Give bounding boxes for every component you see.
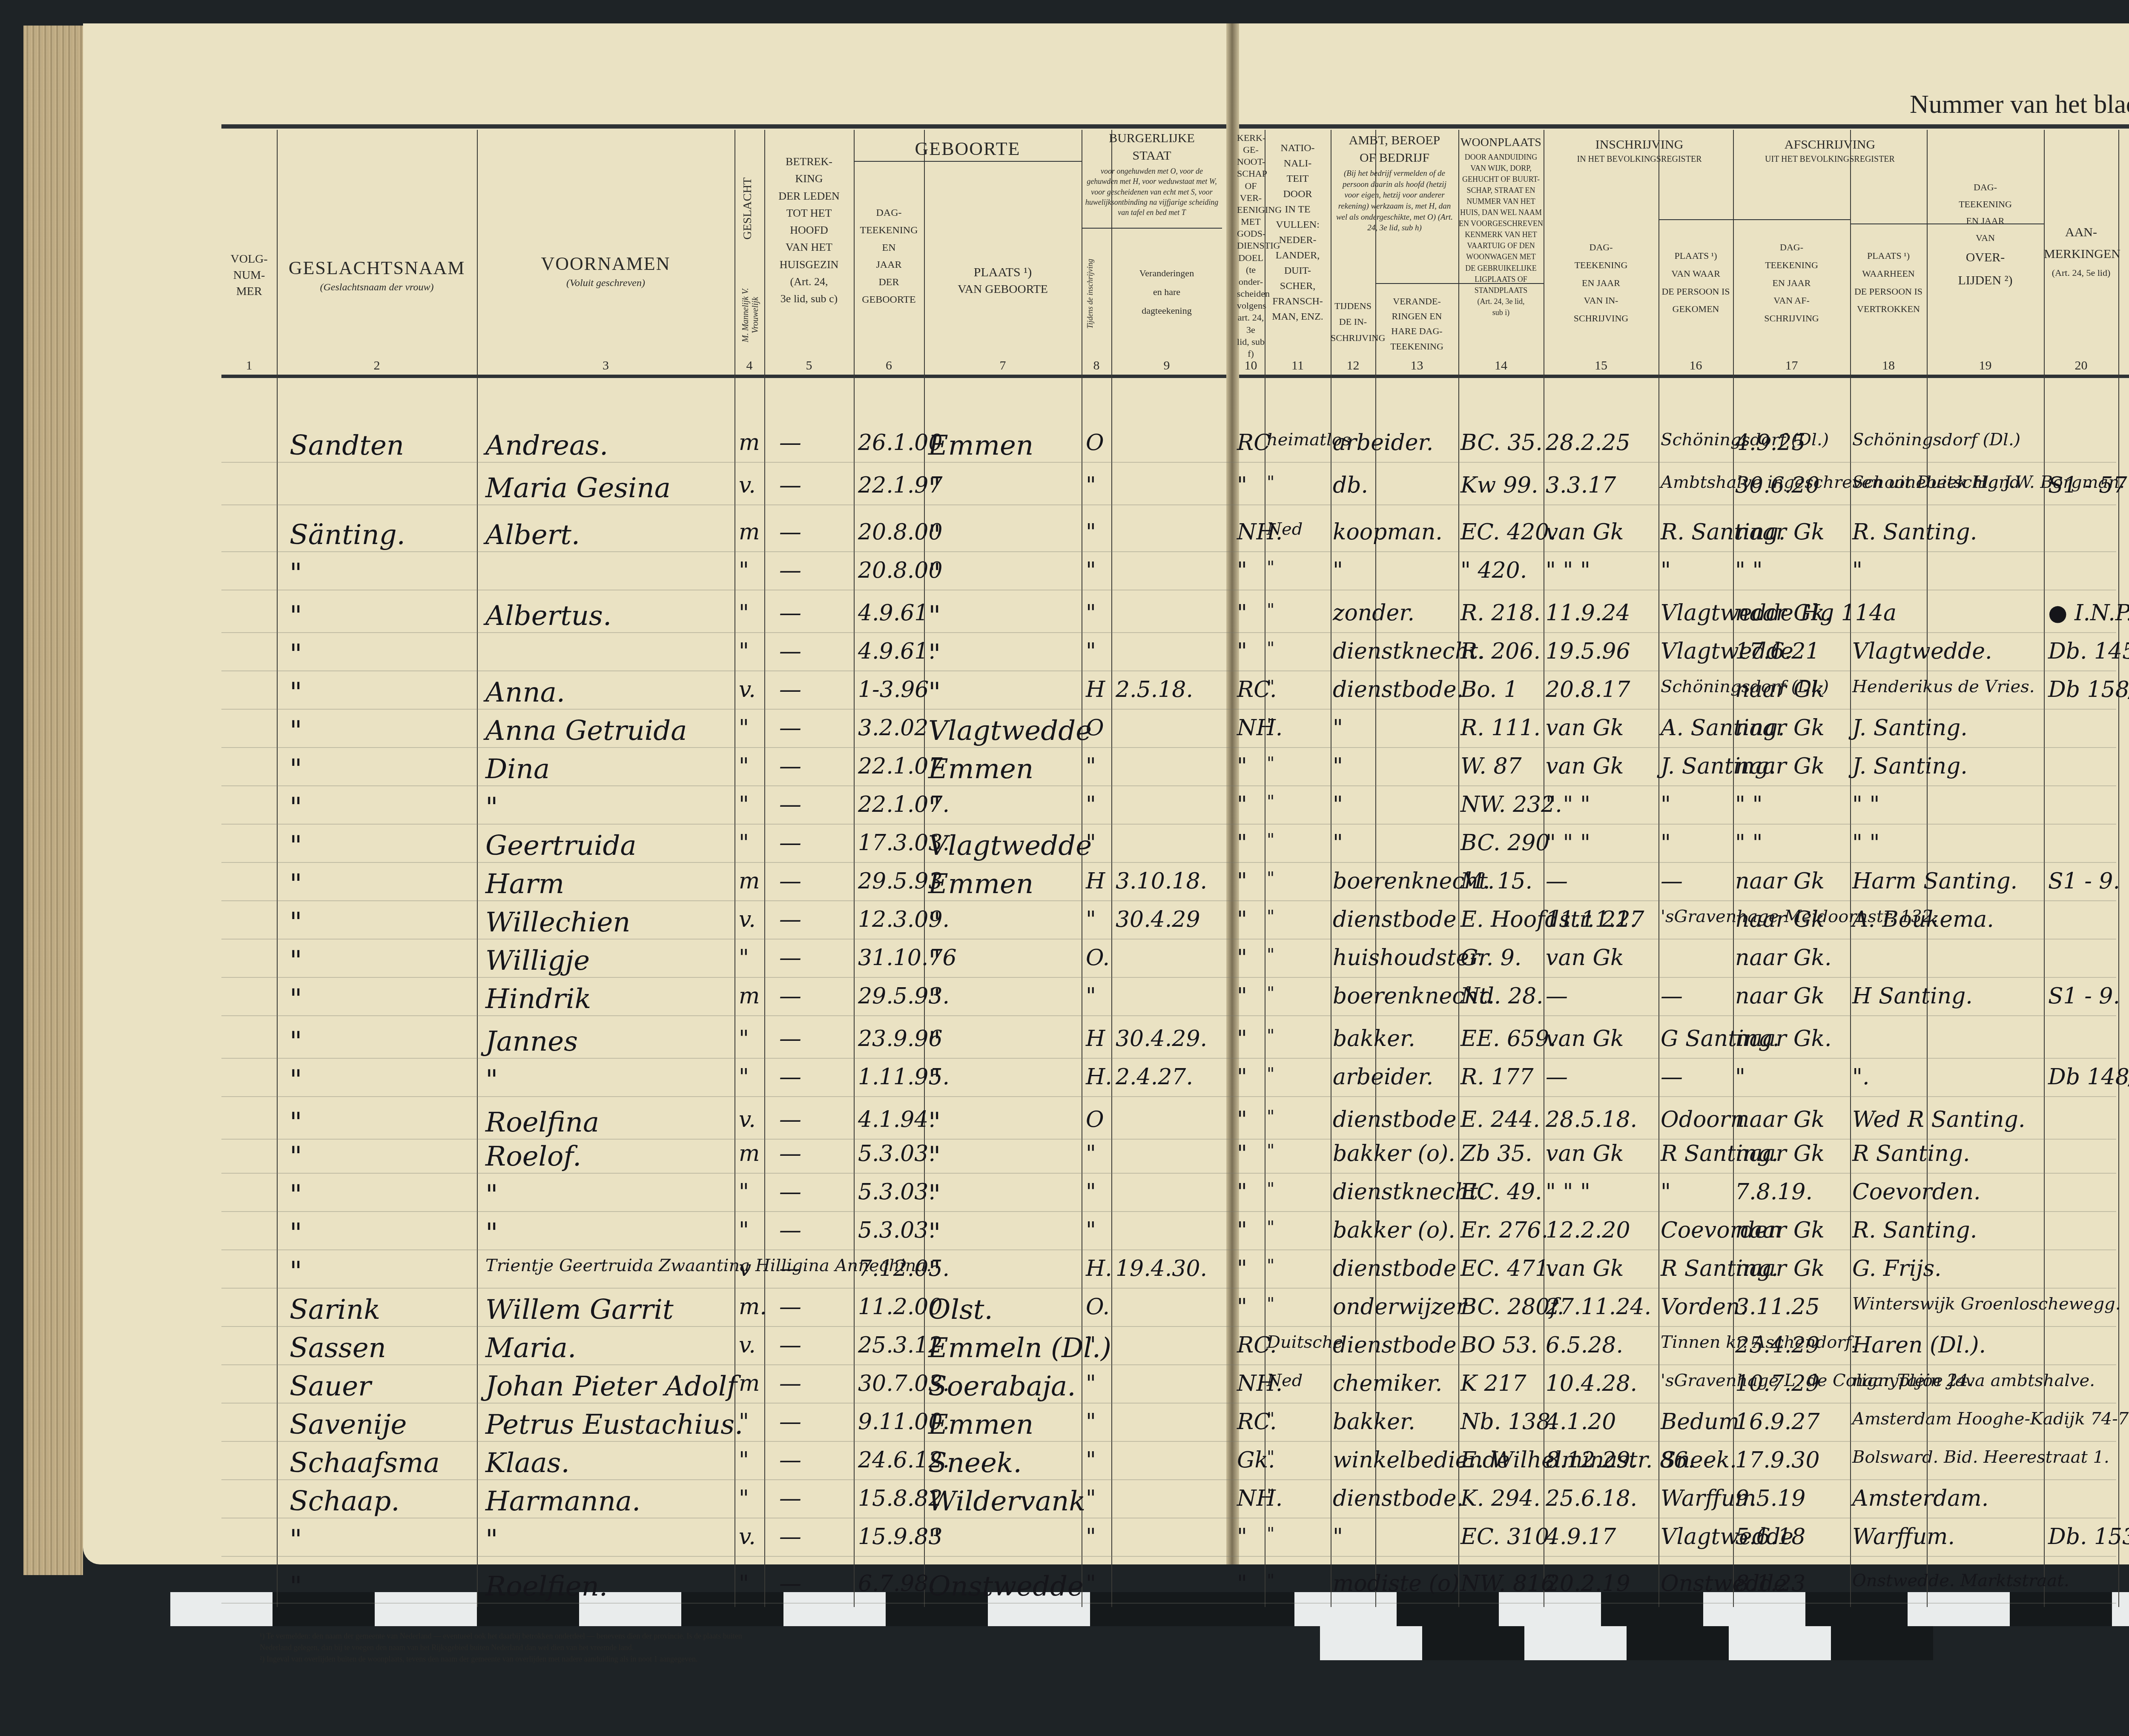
cell-occ: dienstbode bbox=[1333, 1107, 1456, 1132]
ruled-line bbox=[221, 504, 2116, 505]
cell-rel: — bbox=[779, 1026, 801, 1051]
cell-rel: — bbox=[779, 1141, 801, 1166]
header-col8: Tijdens de inschrijving bbox=[1086, 247, 1107, 341]
cell-nat: Ned bbox=[1267, 519, 1303, 539]
cell-out-to: Coevorden. bbox=[1852, 1179, 1981, 1205]
cell-given: Andreas. bbox=[485, 430, 608, 461]
header-col1: VOLG-NUM-MER bbox=[221, 251, 277, 299]
cell-in-from: — bbox=[1661, 1064, 1683, 1090]
cell-rel: — bbox=[779, 1524, 801, 1550]
cell-out-to: J. Santing. bbox=[1852, 715, 1968, 741]
cell-given: " bbox=[485, 792, 498, 823]
cell-birth-place: " bbox=[928, 558, 941, 589]
cell-civ: " bbox=[1086, 830, 1096, 856]
cell-in-from: — bbox=[1661, 868, 1683, 894]
ruled-line bbox=[221, 1173, 2116, 1174]
cell-civ-change: 3.10.18. bbox=[1116, 868, 1207, 894]
header-col7: PLAATS ¹)VAN GEBOORTE bbox=[924, 264, 1082, 297]
cell-birth-place: " bbox=[928, 1179, 941, 1211]
cell-given: Jannes bbox=[485, 1026, 578, 1057]
cell-sex: " bbox=[739, 1217, 749, 1243]
cell-out-date: " bbox=[1735, 1064, 1745, 1090]
cell-surname: " bbox=[290, 639, 302, 670]
cell-sex: " bbox=[739, 1179, 749, 1205]
cell-sex: " bbox=[739, 792, 749, 817]
cell-address: E. 244. bbox=[1460, 1107, 1540, 1132]
cell-rel: — bbox=[779, 1409, 801, 1435]
cell-address: W. 87 bbox=[1460, 753, 1522, 779]
cell-address: Nd. 28. bbox=[1460, 983, 1544, 1009]
footnotes: ¹) Te vermelden: den naam der gemeente v… bbox=[260, 1630, 762, 1665]
cell-given: Maria Gesina bbox=[485, 473, 671, 504]
ruled-line bbox=[221, 1288, 2116, 1289]
cell-address: R. 177 bbox=[1460, 1064, 1533, 1090]
cell-nat: " bbox=[1267, 558, 1274, 577]
cell-out-date: " " bbox=[1735, 558, 1762, 583]
cell-in-from: — bbox=[1661, 983, 1683, 1009]
column-divider bbox=[1331, 130, 1331, 1607]
cell-nat: " bbox=[1267, 1141, 1274, 1160]
cell-sex: v. bbox=[739, 1332, 756, 1358]
cell-surname: Savenije bbox=[290, 1409, 407, 1441]
cell-birth-date: 4.1.94. bbox=[858, 1107, 935, 1132]
column-number: 18 bbox=[1850, 358, 1927, 373]
column-number: 20 bbox=[2044, 358, 2118, 373]
cell-nat: " bbox=[1267, 868, 1274, 888]
cell-civ: " bbox=[1086, 1332, 1096, 1358]
cell-sex: m bbox=[739, 1371, 760, 1396]
cell-birth-place: " bbox=[928, 1524, 941, 1556]
ruled-line bbox=[221, 709, 2116, 710]
cell-out-to: Vlagtwedde. bbox=[1852, 639, 1992, 664]
cell-church: " bbox=[1237, 983, 1247, 1009]
ruled-line bbox=[221, 939, 2116, 940]
ruled-line bbox=[221, 1326, 2116, 1327]
cell-church: " bbox=[1237, 792, 1247, 817]
cell-surname: " bbox=[290, 1064, 302, 1096]
sheet-number-label: Nummer van het blad bbox=[1910, 89, 2129, 120]
cell-in-date: 4.9.17 bbox=[1546, 1524, 1616, 1550]
cell-in-from: " bbox=[1661, 792, 1671, 817]
cell-nat: " bbox=[1267, 983, 1274, 1003]
cell-sex: m bbox=[739, 430, 760, 455]
cell-address: Zb 35. bbox=[1460, 1141, 1532, 1166]
cell-rel: — bbox=[779, 983, 801, 1009]
cell-church: " bbox=[1237, 868, 1247, 894]
cell-civ: H bbox=[1086, 868, 1105, 894]
cell-in-date: 4.1.20 bbox=[1546, 1409, 1616, 1435]
cell-address: NW. 816 bbox=[1460, 1571, 1555, 1596]
cell-occ: " bbox=[1333, 715, 1343, 741]
cell-civ: " bbox=[1086, 1179, 1096, 1205]
ruled-line bbox=[221, 1403, 2116, 1404]
cell-remarks: Db. 153/206. bbox=[2048, 1524, 2129, 1550]
cell-out-date: naar Gk. bbox=[1735, 1026, 1831, 1051]
cell-out-date: naar Gk bbox=[1735, 677, 1825, 702]
header-col10: KERK-GE-NOOT-SCHAPOF VER-EENIGINGMET GOD… bbox=[1237, 132, 1265, 360]
cell-birth-place: " bbox=[928, 792, 941, 823]
cell-nat: " bbox=[1267, 1409, 1274, 1429]
cell-church: " bbox=[1237, 1141, 1247, 1166]
cell-out-date: 16.9.27 bbox=[1735, 1409, 1819, 1435]
cell-out-to: R. Santing. bbox=[1852, 1217, 1977, 1243]
cell-sex: m. bbox=[739, 1294, 767, 1320]
cell-church: " bbox=[1237, 1026, 1247, 1051]
column-divider bbox=[854, 130, 855, 1607]
cell-rel: — bbox=[779, 1217, 801, 1243]
cell-sex: " bbox=[739, 830, 749, 856]
cell-civ-change: 30.4.29 bbox=[1116, 907, 1200, 932]
cell-in-date: 19.5.96 bbox=[1546, 639, 1630, 664]
cell-out-date: naar Gk bbox=[1735, 1256, 1825, 1281]
cell-birth-date: 4.9.61 bbox=[858, 600, 928, 626]
burgerlijke-staat-subrule bbox=[1082, 228, 1222, 229]
cell-occ: " bbox=[1333, 753, 1343, 779]
cell-church: " bbox=[1237, 907, 1247, 932]
cell-occ: bakker (o). bbox=[1333, 1141, 1455, 1166]
cell-in-date: 28.2.25 bbox=[1546, 430, 1630, 455]
cell-rel: — bbox=[779, 430, 801, 455]
cell-occ: bakker (o). bbox=[1333, 1217, 1455, 1243]
cell-church: " bbox=[1237, 830, 1247, 856]
cell-rel: — bbox=[779, 1256, 801, 1281]
cell-sex: m bbox=[739, 868, 760, 894]
cell-out-to: R Santing. bbox=[1852, 1141, 1970, 1166]
cell-in-from: " bbox=[1661, 1179, 1671, 1205]
cell-remarks: Db 148/17. bbox=[2048, 1064, 2129, 1090]
cell-church: " bbox=[1237, 1217, 1247, 1243]
cell-given: Albertus. bbox=[485, 600, 611, 632]
cell-nat: " bbox=[1267, 1179, 1274, 1199]
header-col15: DAG-TEEKENINGEN JAARVAN IN-SCHRIJVING bbox=[1544, 238, 1658, 327]
cell-church: " bbox=[1237, 639, 1247, 664]
cell-given: Johan Pieter Adolf bbox=[485, 1371, 737, 1402]
cell-surname: Sänting. bbox=[290, 519, 405, 551]
cell-out-date: 30.6.20 bbox=[1735, 473, 1819, 498]
ruled-line bbox=[221, 1249, 2116, 1250]
cell-church: " bbox=[1237, 600, 1247, 626]
cell-in-date: van Gk bbox=[1546, 945, 1624, 971]
cell-in-date: 28.5.18. bbox=[1546, 1107, 1637, 1132]
column-number: 7 bbox=[924, 358, 1082, 373]
cell-birth-date: 31.10.76 bbox=[858, 945, 957, 971]
cell-nat: " bbox=[1267, 1064, 1274, 1084]
cell-in-from: Bedum bbox=[1661, 1409, 1739, 1435]
cell-birth-date: 1-3.96 bbox=[858, 677, 929, 702]
ruled-line bbox=[221, 670, 2116, 671]
cell-occ: arbeider. bbox=[1333, 430, 1433, 455]
cell-rel: — bbox=[779, 1064, 801, 1090]
cell-given: Klaas. bbox=[485, 1447, 570, 1479]
cell-out-date: 8.1.23 bbox=[1735, 1571, 1805, 1596]
column-number: 2 bbox=[277, 358, 477, 373]
cell-rel: — bbox=[779, 1179, 801, 1205]
cell-given: Harmanna. bbox=[485, 1486, 640, 1517]
cell-rel: — bbox=[779, 600, 801, 626]
cell-church: " bbox=[1237, 473, 1247, 498]
cell-rel: — bbox=[779, 945, 801, 971]
ruled-line bbox=[221, 1479, 2116, 1480]
header-top-rule bbox=[1239, 124, 2129, 129]
cell-civ-change: 2.5.18. bbox=[1116, 677, 1193, 702]
cell-surname: " bbox=[290, 983, 302, 1015]
page-edges-left bbox=[23, 26, 83, 1575]
cell-sex: v. bbox=[739, 473, 756, 498]
cell-birth-place: " bbox=[928, 1217, 941, 1249]
cell-address: Bo. 1 bbox=[1460, 677, 1518, 702]
cell-in-from: " bbox=[1661, 830, 1671, 856]
cell-civ-change: 2.4.27. bbox=[1116, 1064, 1193, 1090]
cell-birth-date: 3.2.02 bbox=[858, 715, 928, 741]
ruled-line bbox=[221, 1518, 2116, 1518]
cell-civ: " bbox=[1086, 519, 1096, 545]
cell-surname: " bbox=[290, 1524, 302, 1556]
cell-given: Geertruida bbox=[485, 830, 637, 862]
ruled-line bbox=[221, 1441, 2116, 1442]
cell-out-date: naar Gk bbox=[1735, 715, 1825, 741]
cell-nat: " bbox=[1267, 945, 1274, 965]
cell-given: Maria. bbox=[485, 1332, 576, 1364]
header-col9: Veranderingenen haredagteekening bbox=[1111, 264, 1222, 320]
header-col20: AAN-MERKINGEN(Art. 24, 5e lid) bbox=[2044, 221, 2118, 281]
cell-rel: — bbox=[779, 907, 801, 932]
cell-civ: " bbox=[1086, 1141, 1096, 1166]
cell-given: Harm bbox=[485, 868, 564, 900]
cell-occ: db. bbox=[1333, 473, 1368, 498]
column-divider bbox=[1111, 130, 1112, 1607]
cell-civ: " bbox=[1086, 1486, 1096, 1511]
ruled-line bbox=[221, 900, 2116, 901]
header-col6: DAG-TEEKENINGENJAARDERGEBOORTE bbox=[854, 204, 924, 309]
cell-nat: " bbox=[1267, 907, 1274, 926]
cell-in-date: 27.11.24. bbox=[1546, 1294, 1651, 1320]
column-divider bbox=[477, 130, 478, 1607]
cell-occ: " bbox=[1333, 558, 1343, 583]
header-geboorte: GEBOORTE bbox=[854, 136, 1082, 161]
cell-out-to: Schöningsdorf (Dl.) bbox=[1852, 430, 2020, 450]
cell-nat: " bbox=[1267, 1026, 1274, 1046]
cell-church: " bbox=[1237, 1107, 1247, 1132]
cell-out-to: R. Santing. bbox=[1852, 519, 1977, 545]
cell-surname: " bbox=[290, 1141, 302, 1172]
cell-rel: — bbox=[779, 792, 801, 817]
cell-out-to: A. Boukema. bbox=[1852, 907, 1994, 932]
cell-in-date: " " " bbox=[1546, 830, 1590, 856]
header-col2: GESLACHTSNAAM(Geslachtsnaam der vrouw) bbox=[277, 255, 477, 295]
ruled-line bbox=[221, 747, 2116, 748]
column-number: 14 bbox=[1458, 358, 1544, 373]
cell-civ: H. bbox=[1086, 1256, 1112, 1281]
cell-in-date: 11.11.27 bbox=[1546, 907, 1644, 932]
cell-church: " bbox=[1237, 1524, 1247, 1550]
cell-address: " 420. bbox=[1460, 558, 1527, 583]
cell-occ: koopman. bbox=[1333, 519, 1443, 545]
header-col3: VOORNAMEN(Voluit geschreven) bbox=[477, 251, 735, 290]
cell-occ: bakker. bbox=[1333, 1409, 1415, 1435]
cell-out-to: ". bbox=[1852, 1064, 1869, 1090]
cell-civ-change: 30.4.29. bbox=[1116, 1026, 1207, 1051]
column-divider bbox=[277, 130, 278, 1607]
cell-in-date: 3.3.17 bbox=[1546, 473, 1616, 498]
cell-birth-place: Vlagtwedde bbox=[928, 830, 1092, 862]
cell-civ: " bbox=[1086, 1217, 1096, 1243]
cell-birth-place: " bbox=[928, 600, 941, 632]
cell-out-to: Haren (Dl.). bbox=[1852, 1332, 1986, 1358]
cell-surname: " bbox=[290, 945, 302, 977]
cell-remarks: S1 - 9. bbox=[2048, 983, 2120, 1009]
cell-nat: " bbox=[1267, 473, 1274, 492]
cell-nat: " bbox=[1267, 1217, 1274, 1237]
cell-sex: v. bbox=[739, 1524, 756, 1550]
cell-in-date: van Gk bbox=[1546, 753, 1624, 779]
cell-given: Willechien bbox=[485, 907, 631, 938]
cell-out-date: naar Gk bbox=[1735, 1217, 1825, 1243]
cell-church: " bbox=[1237, 1571, 1247, 1596]
cell-nat: " bbox=[1267, 715, 1274, 735]
cell-occ: " bbox=[1333, 792, 1343, 817]
cell-nat: " bbox=[1267, 1447, 1274, 1467]
cell-occ: dienstbode. bbox=[1333, 1486, 1463, 1511]
header-col16: PLAATS ¹)VAN WAARDE PERSOON ISGEKOMEN bbox=[1658, 247, 1733, 318]
header-col19: DAG-TEEKENINGEN JAARVANOVER-LIJDEN ²) bbox=[1927, 179, 2044, 292]
cell-given: Willigje bbox=[485, 945, 590, 977]
cell-occ: " bbox=[1333, 830, 1343, 856]
cell-in-from: " bbox=[1661, 558, 1671, 583]
cell-occ: dienstbode bbox=[1333, 907, 1456, 932]
column-number: 1 bbox=[221, 358, 277, 373]
footnote-1: ¹) Te vermelden: den naam der gemeente v… bbox=[260, 1630, 762, 1653]
cell-birth-place: " bbox=[928, 983, 941, 1015]
cell-address: K 217 bbox=[1460, 1371, 1526, 1396]
ruled-line bbox=[221, 1603, 2116, 1604]
cell-out-date: 4.9.25 bbox=[1735, 430, 1805, 455]
cell-out-date: naar Gk. bbox=[1735, 945, 1831, 971]
cell-out-to: " " bbox=[1852, 830, 1879, 856]
cell-surname: " bbox=[290, 600, 302, 632]
header-top-rule bbox=[221, 124, 1226, 129]
cell-address: Er. 276. bbox=[1460, 1217, 1548, 1243]
cell-birth-place: " bbox=[928, 1026, 941, 1057]
cell-in-from: Vorden. bbox=[1661, 1294, 1747, 1320]
cell-occ: modiste (o) bbox=[1333, 1571, 1459, 1596]
header-burgerlijke-staat: BURGERLIJKESTAAT voor ongehuwden met O, … bbox=[1082, 130, 1222, 219]
cell-remarks: S1 - 9. bbox=[2048, 868, 2120, 894]
cell-in-date: 20.2.19 bbox=[1546, 1571, 1630, 1596]
cell-remarks: S1 - 57. bbox=[2048, 473, 2129, 498]
cell-remarks: Db. 145 - 5. bbox=[2048, 639, 2129, 664]
cell-in-date: 25.6.18. bbox=[1546, 1486, 1637, 1511]
cell-nat: " bbox=[1267, 792, 1274, 811]
cell-occ: " bbox=[1333, 1524, 1343, 1550]
cell-surname: " bbox=[290, 1256, 302, 1287]
cell-remarks: Db 158/204. bbox=[2048, 677, 2129, 702]
cell-address: BO 53. bbox=[1460, 1332, 1538, 1358]
cell-occ: dienstbode. bbox=[1333, 677, 1463, 702]
cell-address: EC. 471. bbox=[1460, 1256, 1556, 1281]
cell-occ: chemiker. bbox=[1333, 1371, 1442, 1396]
cell-rel: — bbox=[779, 1447, 801, 1473]
cell-given: Albert. bbox=[485, 519, 580, 551]
cell-birth-place: " bbox=[928, 473, 941, 504]
cell-out-to: naar Tajoe Java ambtshalve. bbox=[1852, 1371, 2095, 1390]
cell-out-date: " " bbox=[1735, 792, 1762, 817]
cell-given: Anna. bbox=[485, 677, 565, 708]
ruled-line bbox=[221, 1015, 2116, 1016]
cell-given: Roelof. bbox=[485, 1141, 581, 1172]
cell-rel: — bbox=[779, 1294, 801, 1320]
cell-civ: O. bbox=[1086, 945, 1110, 971]
cell-sex: " bbox=[739, 1447, 749, 1473]
cell-rel: — bbox=[779, 473, 801, 498]
cell-surname: " bbox=[290, 1217, 302, 1249]
cell-out-date: " " bbox=[1735, 830, 1762, 856]
cell-birth-place: " bbox=[928, 677, 941, 708]
cell-surname: " bbox=[290, 753, 302, 785]
cell-surname: " bbox=[290, 830, 302, 862]
cell-out-date: naar Gk bbox=[1735, 753, 1825, 779]
cell-in-date: " " " bbox=[1546, 1179, 1590, 1205]
cell-civ: " bbox=[1086, 1524, 1096, 1550]
cell-nat: " bbox=[1267, 1107, 1274, 1126]
cell-sex: m bbox=[739, 519, 760, 545]
cell-occ: zonder. bbox=[1333, 600, 1415, 626]
cell-surname: Schaafsma bbox=[290, 1447, 440, 1479]
cell-in-date: 20.8.17 bbox=[1546, 677, 1630, 702]
header-col12: TIJDENSDE IN-SCHRIJVING bbox=[1331, 298, 1375, 346]
cell-birth-date: 5.3.03. bbox=[858, 1179, 935, 1205]
cell-out-to: G. Frijs. bbox=[1852, 1256, 1942, 1281]
cell-rel: — bbox=[779, 639, 801, 664]
cell-surname: " bbox=[290, 792, 302, 823]
cell-out-to: Onstwedde. Marktstraat. bbox=[1852, 1571, 2069, 1590]
cell-in-date: — bbox=[1546, 983, 1568, 1009]
ruled-line bbox=[221, 1364, 2116, 1365]
cell-out-date: 25.4.29 bbox=[1735, 1332, 1819, 1358]
ruled-line bbox=[221, 1556, 2116, 1557]
column-number: 8 bbox=[1082, 358, 1111, 373]
cell-civ: " bbox=[1086, 1371, 1096, 1396]
cell-surname: " bbox=[290, 1571, 302, 1602]
cell-out-date: naar Gk bbox=[1735, 1107, 1825, 1132]
cell-birth-place: " bbox=[928, 639, 941, 670]
cell-birth-place: " bbox=[928, 907, 941, 938]
cell-church: NH. bbox=[1237, 1486, 1283, 1511]
cell-in-date: van Gk bbox=[1546, 519, 1624, 545]
cell-out-date: 17.6.21 bbox=[1735, 639, 1819, 664]
cell-birth-place: " bbox=[928, 1141, 941, 1172]
cell-out-date: naar Gk bbox=[1735, 519, 1825, 545]
cell-surname: " bbox=[290, 907, 302, 938]
cell-nat: Duitsche bbox=[1267, 1332, 1343, 1352]
cell-address: Kw 99. bbox=[1460, 473, 1538, 498]
cell-church: " bbox=[1237, 1179, 1247, 1205]
cell-rel: — bbox=[779, 1107, 801, 1132]
cell-given: Petrus Eustachius. bbox=[485, 1409, 743, 1441]
cell-in-date: van Gk bbox=[1546, 1141, 1624, 1166]
cell-in-from: Odoorn bbox=[1661, 1107, 1745, 1132]
cell-address: BC. 290 bbox=[1460, 830, 1549, 856]
cell-given: Roelfina bbox=[485, 1107, 599, 1138]
cell-rel: — bbox=[779, 715, 801, 741]
cell-rel: — bbox=[779, 558, 801, 583]
cell-nat: Ned bbox=[1267, 1371, 1303, 1390]
cell-address: EC. 49. bbox=[1460, 1179, 1542, 1205]
cell-sex: " bbox=[739, 1064, 749, 1090]
cell-out-to: Harm Santing. bbox=[1852, 868, 2017, 894]
cell-out-date: 17.9.30 bbox=[1735, 1447, 1819, 1473]
cell-church: " bbox=[1237, 945, 1247, 971]
cell-address: EC. 310. bbox=[1460, 1524, 1556, 1550]
